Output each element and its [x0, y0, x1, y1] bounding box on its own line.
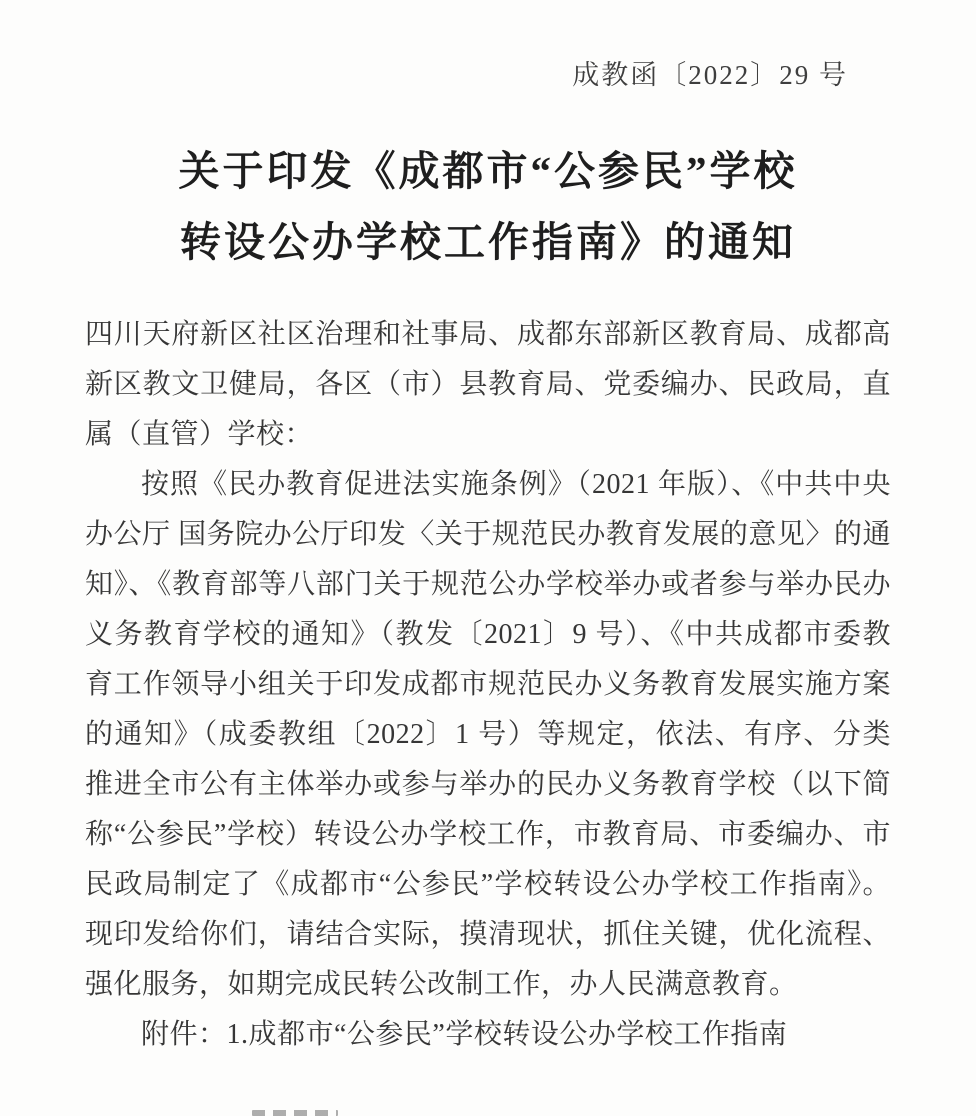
scanned-document-page: 成教函〔2022〕29 号 关于印发《成都市“公参民”学校 转设公办学校工作指南…: [0, 0, 976, 1116]
document-body: 四川天府新区社区治理和社事局、成都东部新区教育局、成都高新区教文卫健局，各区（市…: [85, 310, 891, 1060]
document-title-line-2: 转设公办学校工作指南》的通知: [60, 207, 916, 278]
cutoff-next-line-remnant: [252, 1110, 338, 1116]
document-title: 关于印发《成都市“公参民”学校 转设公办学校工作指南》的通知: [60, 136, 916, 278]
document-reference-number: 成教函〔2022〕29 号: [0, 0, 976, 94]
attachment-list-item: 附件：1.成都市“公参民”学校转设公办学校工作指南: [85, 1010, 891, 1060]
document-title-line-1: 关于印发《成都市“公参民”学校: [60, 136, 916, 207]
main-body-paragraph: 按照《民办教育促进法实施条例》（2021 年版）、《中共中央办公厅 国务院办公厅…: [85, 460, 891, 1010]
recipients-salutation: 四川天府新区社区治理和社事局、成都东部新区教育局、成都高新区教文卫健局，各区（市…: [85, 310, 891, 460]
